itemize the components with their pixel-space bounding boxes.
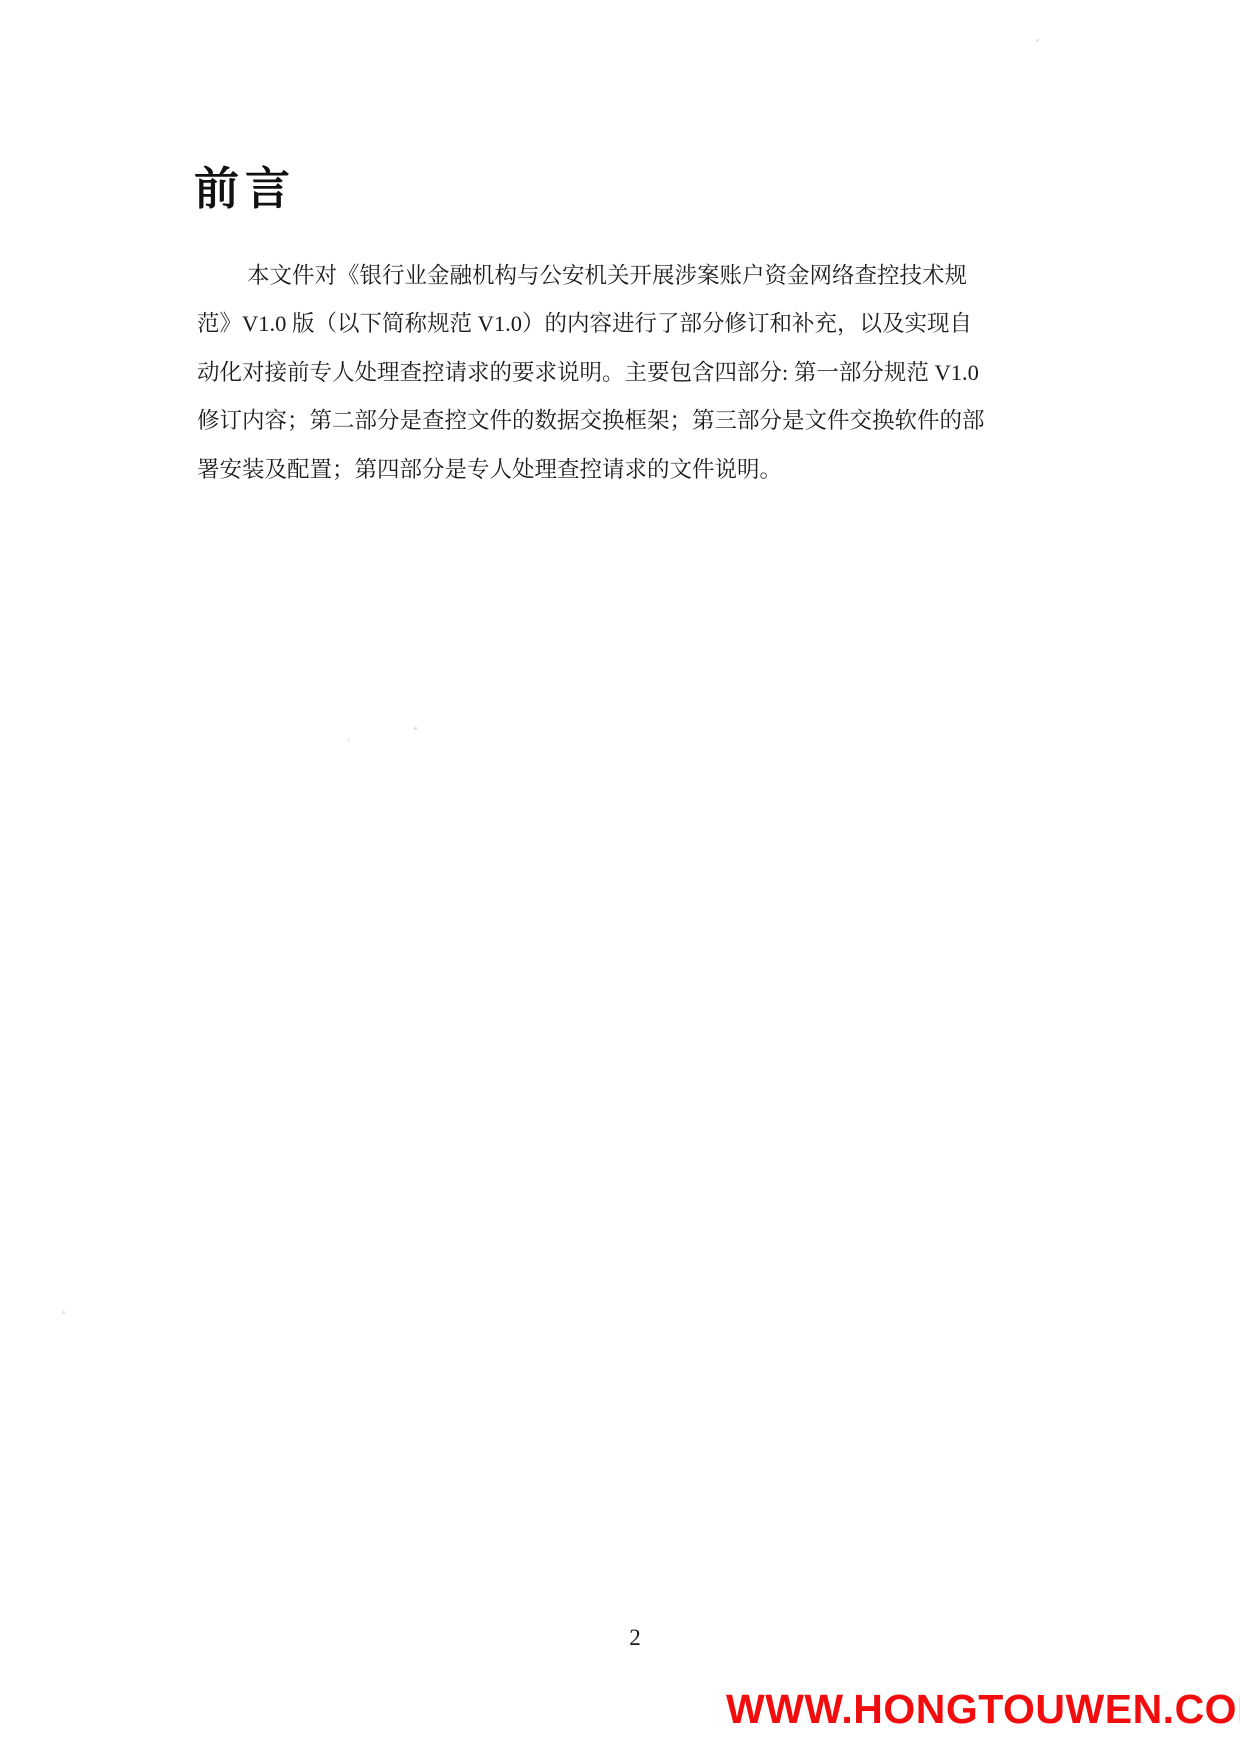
scan-speck (347, 739, 350, 742)
paragraph-line: 修订内容；第二部分是查控文件的数据交换框架；第三部分是文件交换软件的部 (197, 397, 959, 445)
paragraph-line: 范》V1.0 版（以下简称规范 V1.0）的内容进行了部分修订和补充，以及实现自 (197, 300, 959, 348)
document-title: 前言 (194, 152, 296, 217)
body-paragraph: 本文件对《银行业金融机构与公安机关开展涉案账户资金网络查控技术规 范》V1.0 … (197, 252, 959, 494)
watermark-url: WWW.HONGTOUWEN.COM (726, 1686, 1240, 1733)
document-page: 前言 本文件对《银行业金融机构与公安机关开展涉案账户资金网络查控技术规 范》V1… (0, 0, 1240, 1754)
scan-speck (414, 727, 417, 730)
paragraph-line: 动化对接前专人处理查控请求的要求说明。主要包含四部分: 第一部分规范 V1.0 (197, 349, 959, 397)
scan-speck (62, 1311, 65, 1314)
page-number: 2 (0, 1625, 1240, 1651)
paragraph-line: 本文件对《银行业金融机构与公安机关开展涉案账户资金网络查控技术规 (197, 252, 959, 300)
paragraph-line: 署安装及配置；第四部分是专人处理查控请求的文件说明。 (197, 446, 959, 494)
scan-speck (1036, 39, 1039, 42)
